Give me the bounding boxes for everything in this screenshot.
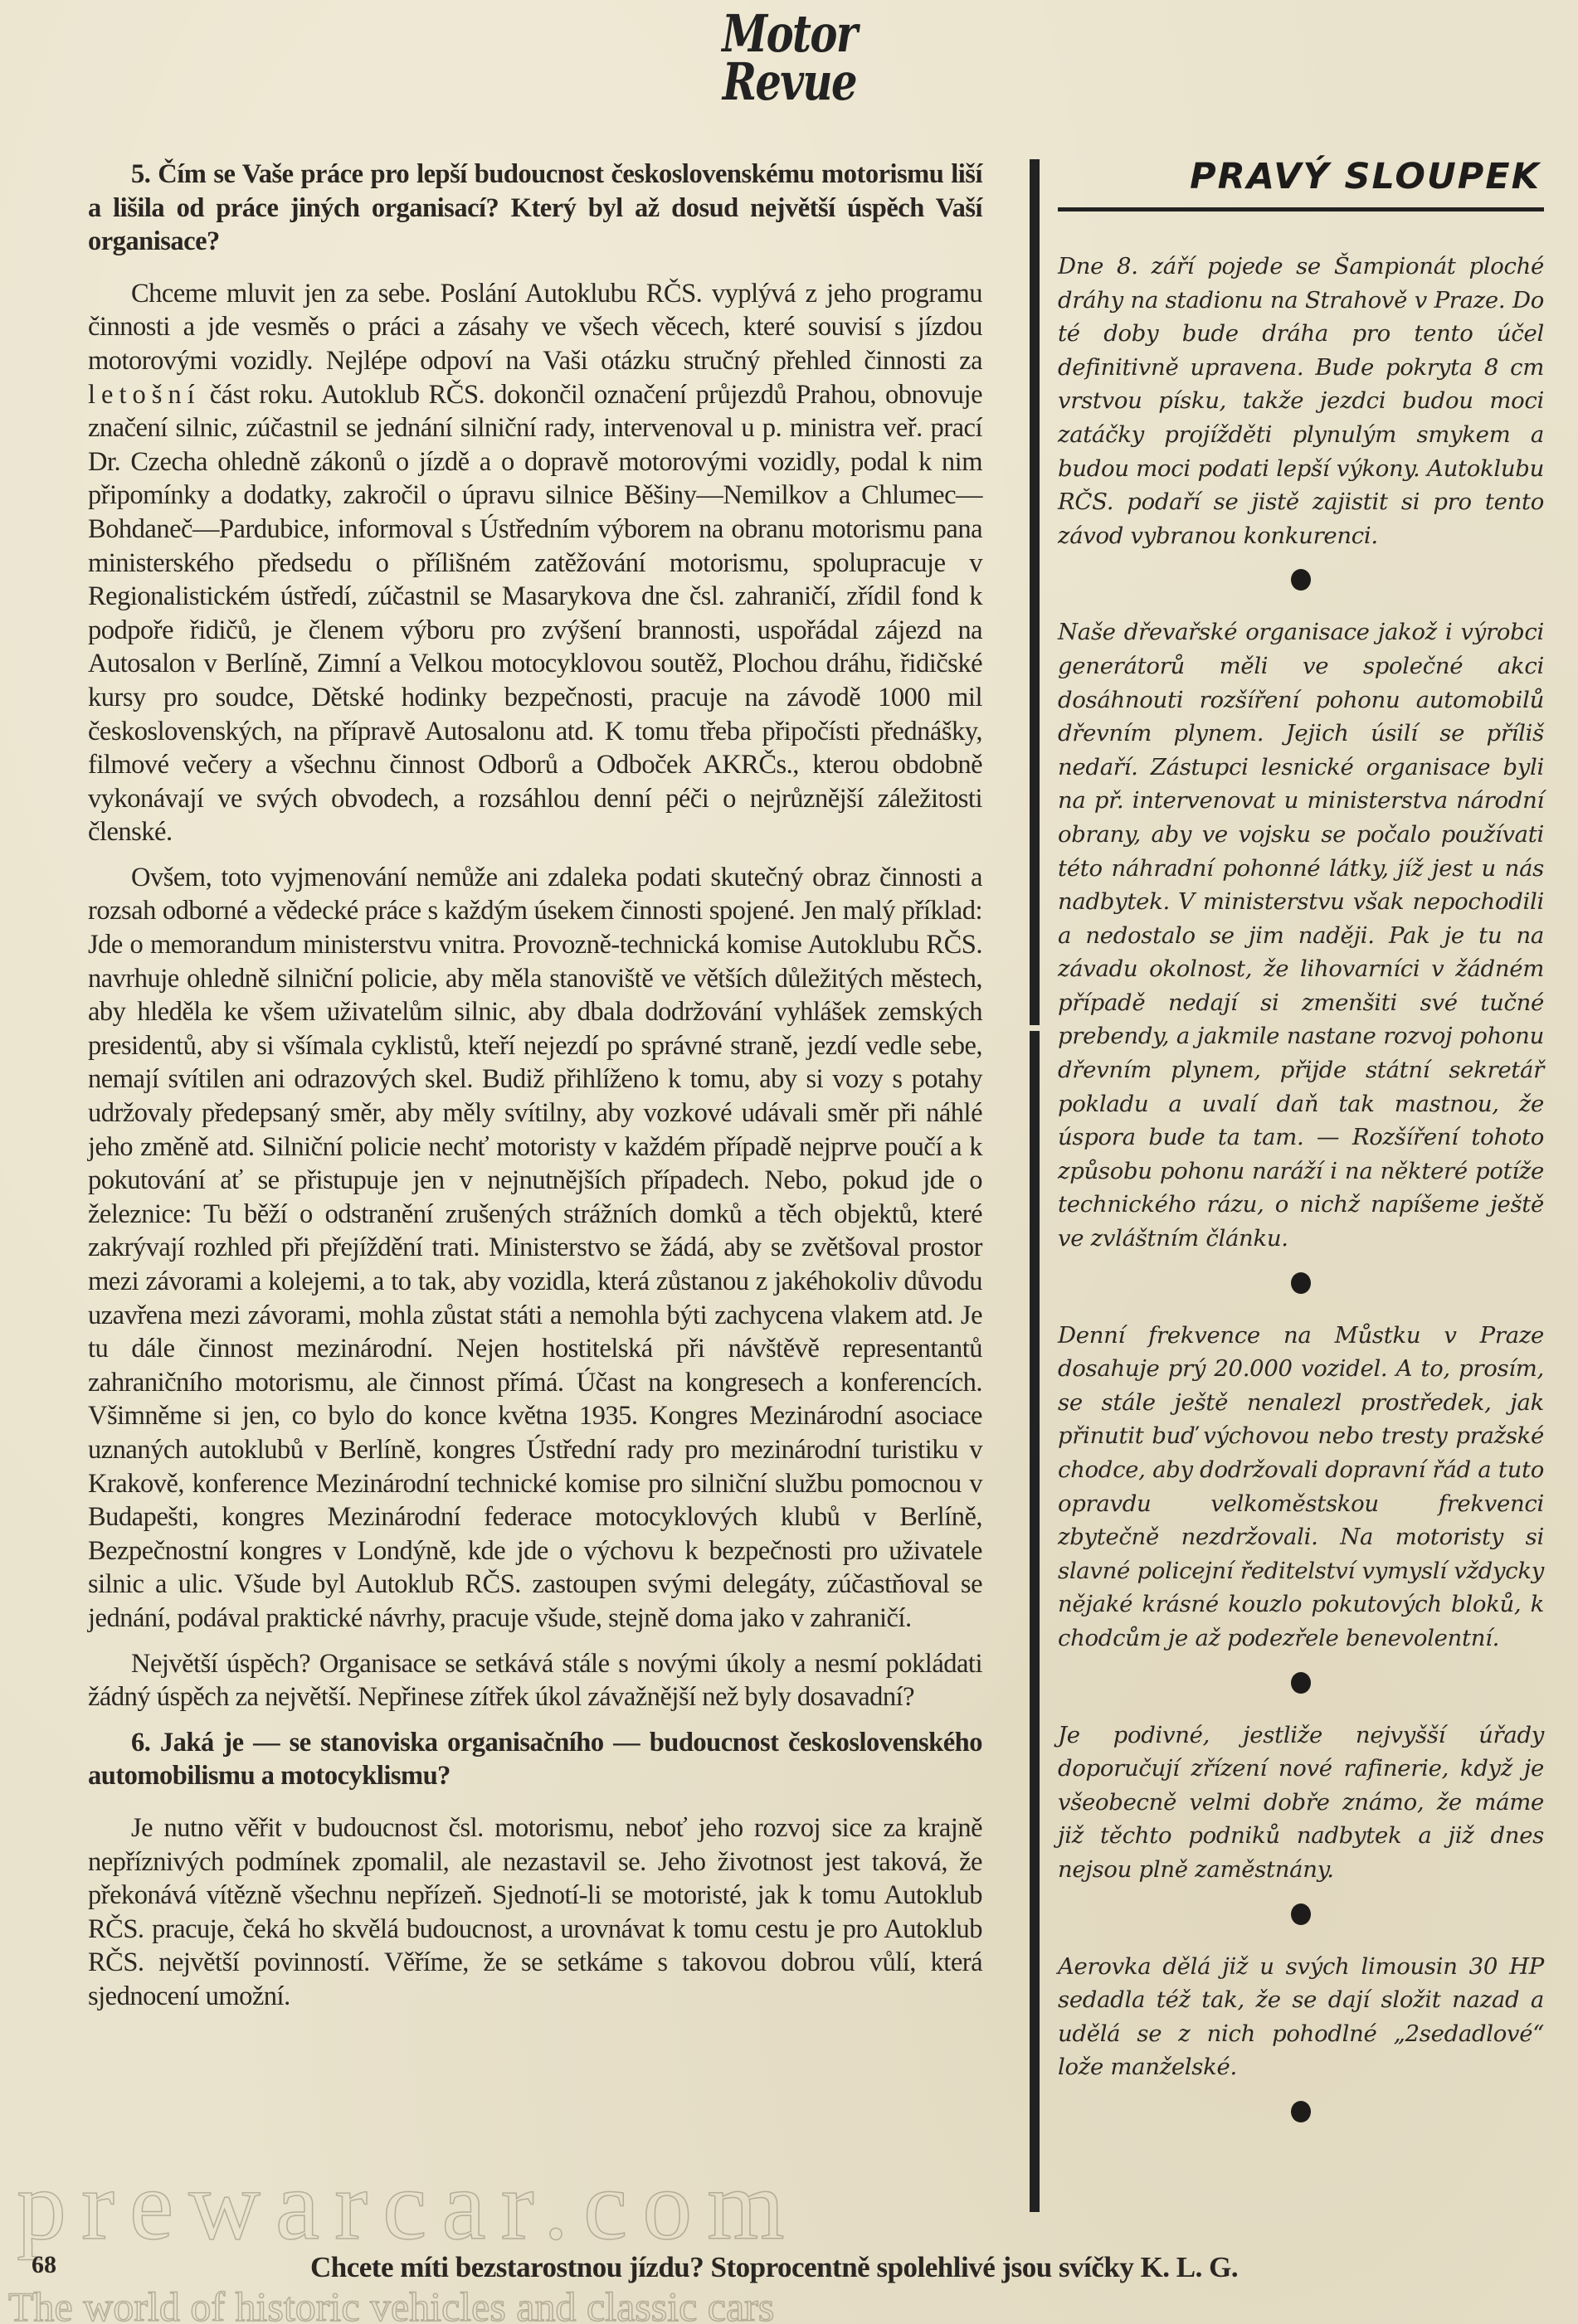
answer-6-paragraph-1: Je nutno věřit v budoucnost čsl. motoris… <box>88 1811 982 2014</box>
logo-line-revue: Revue <box>722 58 856 106</box>
sidebar-item: Dne 8. září pojede se Šampionát ploché d… <box>1058 250 1544 552</box>
sidebar-column: PRAVÝ SLOUPEK Dne 8. září pojede se Šamp… <box>1058 156 1544 2147</box>
text-run: část roku. Autoklub RČS. dokončil označe… <box>88 380 982 848</box>
question-6: 6. Jaká je — se stanoviska organisačního… <box>88 1726 982 1793</box>
masthead-logo: Motor Revue <box>0 10 1578 106</box>
sidebar-item: Je podivné, jestliže nejvyšší úřady dopo… <box>1058 1719 1544 1887</box>
answer-5-paragraph-3: Největší úspěch? Organisace se setkává s… <box>88 1647 982 1714</box>
sidebar-item: Aerovka dělá již u svých limousin 30 HP … <box>1058 1950 1544 2084</box>
page-number: 68 <box>32 2251 56 2279</box>
main-article-column: 5. Čím se Vaše práce pro lepší budoucnos… <box>88 158 982 2025</box>
bullet-separator-icon <box>1291 1903 1311 1925</box>
answer-5-paragraph-1: Chceme mluvit jen za sebe. Poslání Autok… <box>88 277 982 849</box>
magazine-logo: Motor Revue <box>722 10 856 106</box>
watermark-site: prewarcar.com <box>17 2148 800 2263</box>
sidebar-item: Naše dřevařské organisace jakož i výrobc… <box>1058 615 1544 1255</box>
bullet-separator-icon <box>1291 1672 1311 1694</box>
column-divider-rule <box>1030 159 1040 1025</box>
page-footer: 68 Chcete míti bezstarostnou jízdu? Stop… <box>0 2251 1578 2284</box>
sidebar-item: Denní frekvence na Můstku v Praze dosahu… <box>1058 1319 1544 1655</box>
watermark-tagline: The world of historic vehicles and class… <box>8 2283 774 2324</box>
emphasized-word: letošní <box>88 380 201 410</box>
footer-advert: Chcete míti bezstarostnou jízdu? Stoproc… <box>310 2251 1238 2284</box>
sidebar-heading: PRAVÝ SLOUPEK <box>1058 156 1544 197</box>
answer-5-paragraph-2: Ovšem, toto vyjmenování nemůže ani zdale… <box>88 861 982 1636</box>
bullet-separator-icon <box>1291 2101 1311 2122</box>
question-5: 5. Čím se Vaše práce pro lepší budoucnos… <box>88 158 982 259</box>
text-run: Chceme mluvit jen za sebe. Poslání Autok… <box>88 279 982 376</box>
column-divider-rule <box>1030 1031 1040 2212</box>
bullet-separator-icon <box>1291 1272 1311 1294</box>
bullet-separator-icon <box>1291 569 1311 591</box>
